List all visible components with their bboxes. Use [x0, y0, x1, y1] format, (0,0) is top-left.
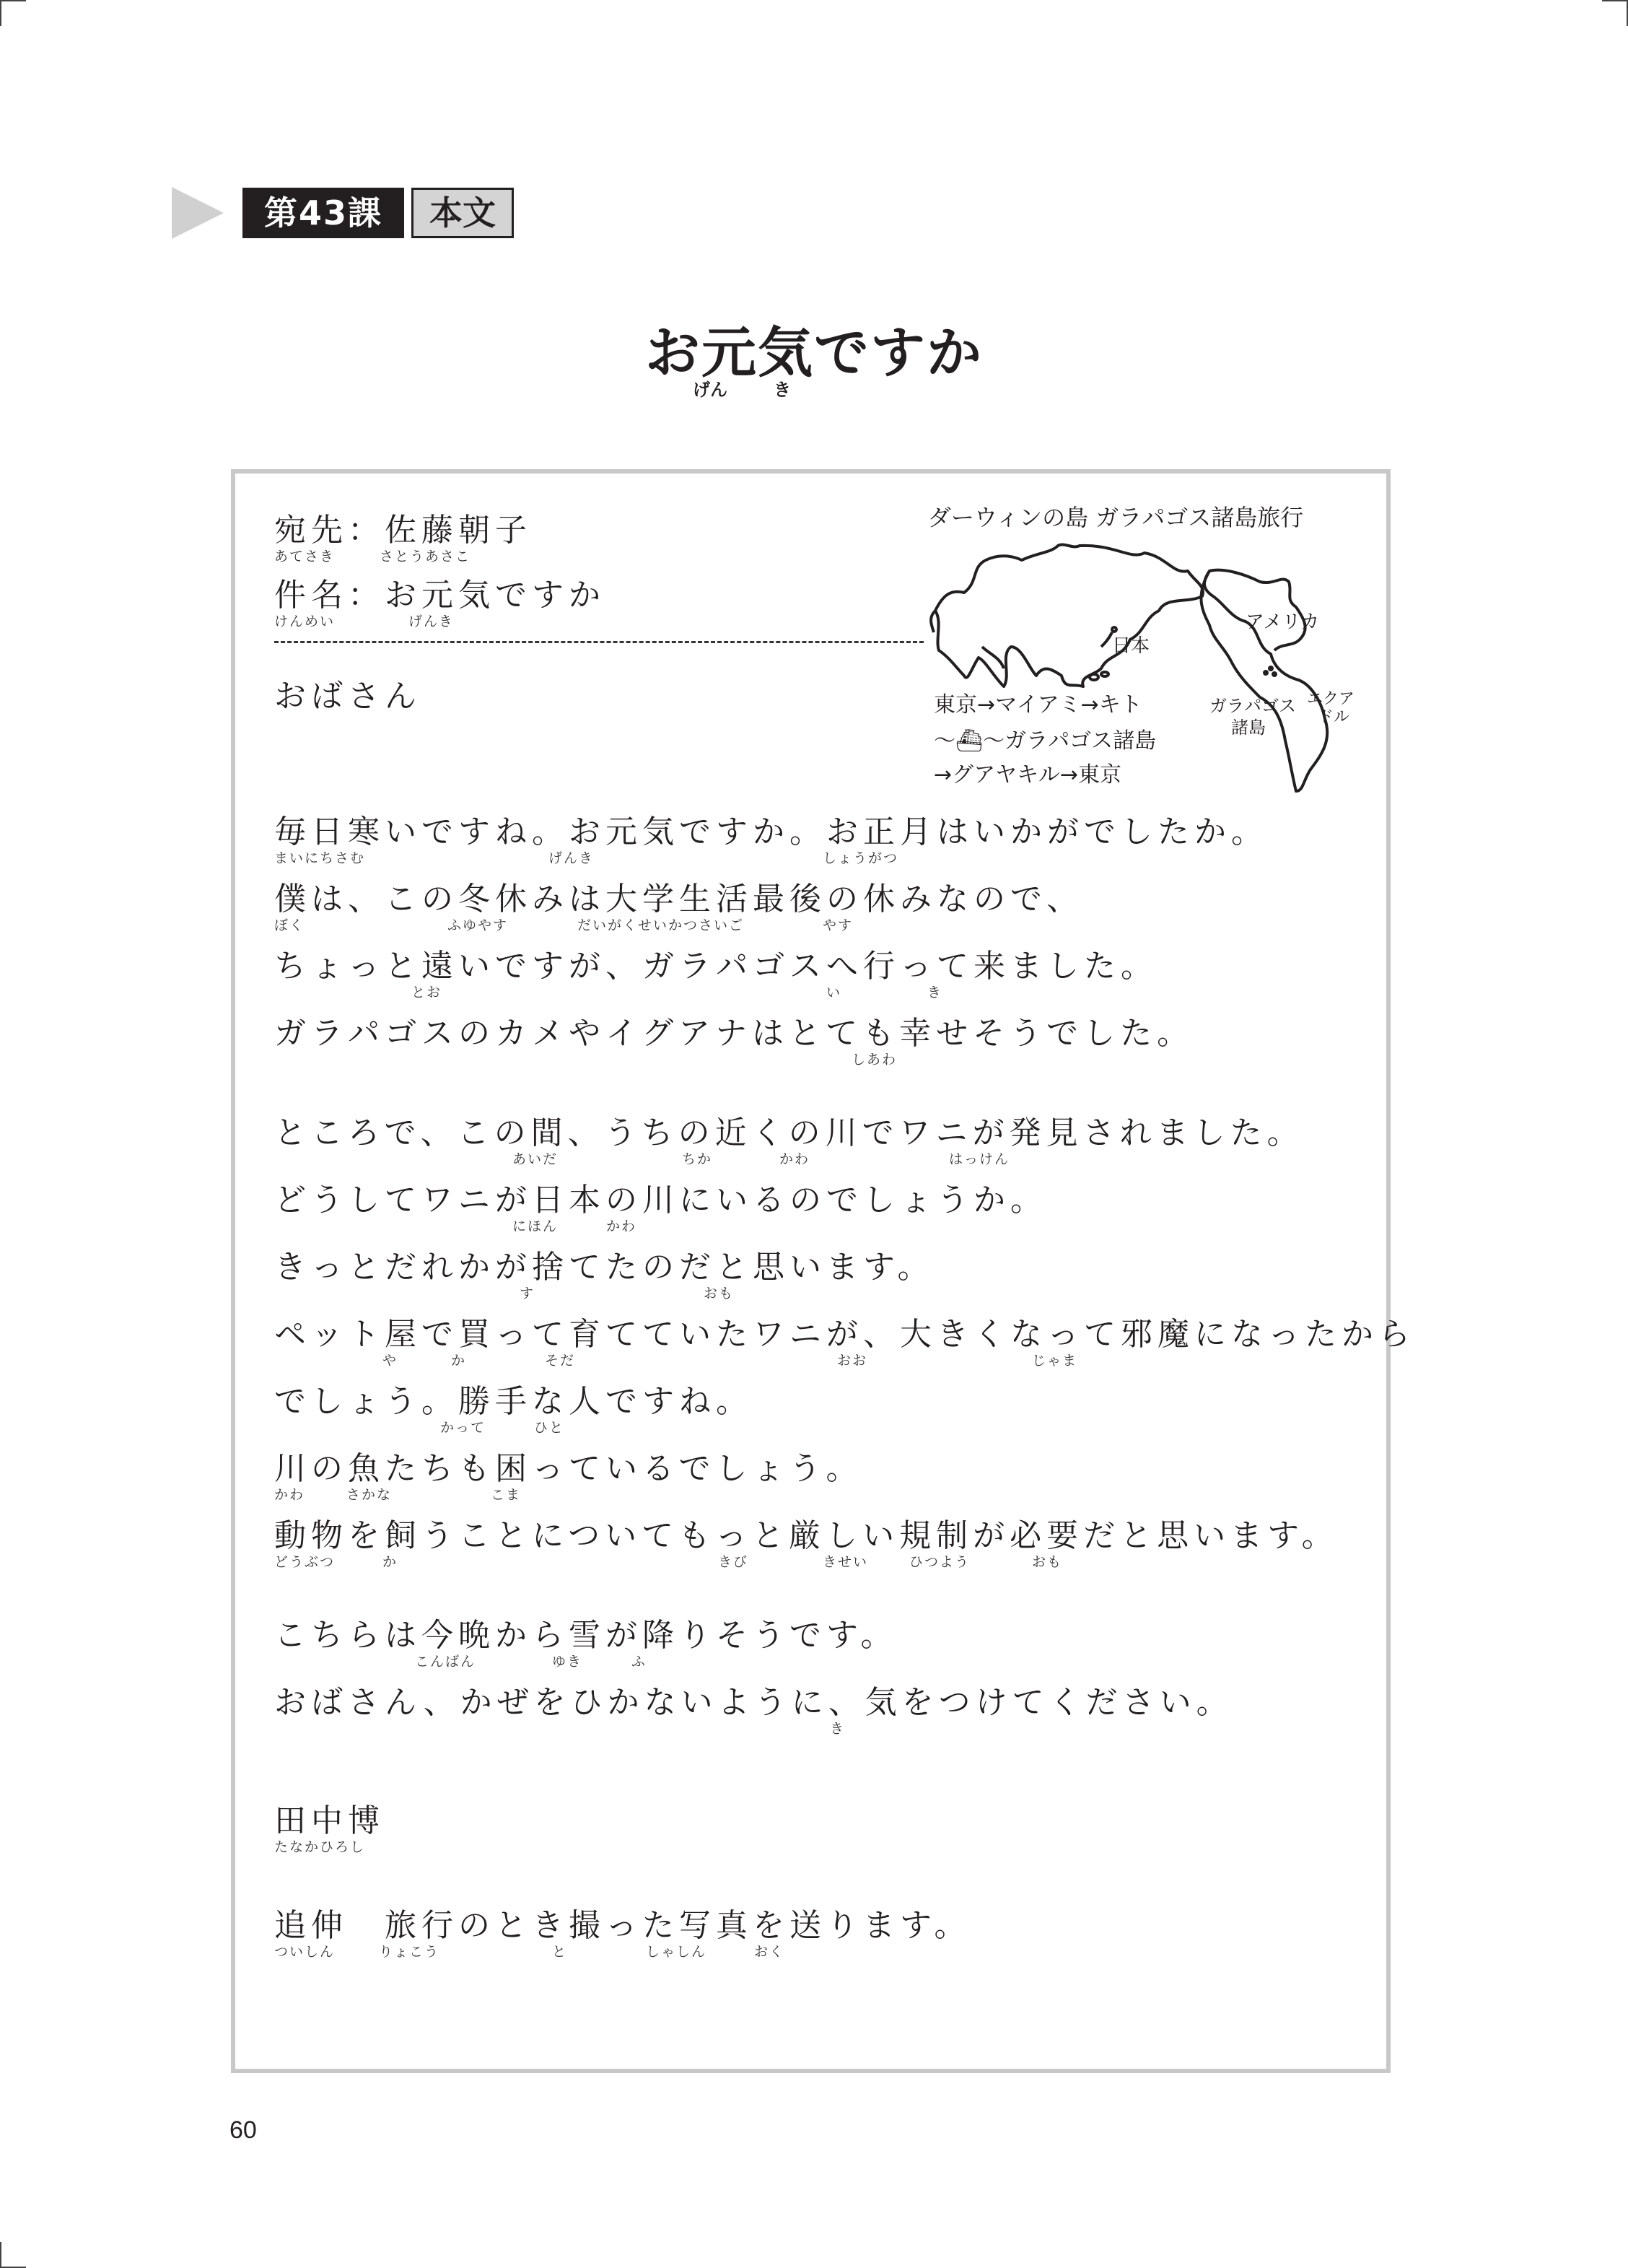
- route-line-3: →グアヤキル→東京: [934, 756, 1121, 788]
- ruby: や: [382, 1350, 398, 1369]
- postscript: 追伸 旅行のとき撮った写真を送ります。: [274, 1899, 971, 1945]
- ruby: そだ: [545, 1350, 575, 1369]
- ruby: かわ: [274, 1484, 305, 1504]
- ruby: さとうあさこ: [380, 546, 471, 565]
- letter-line: きっとだれかが捨てたのだと思います。: [274, 1241, 934, 1287]
- ruby: はっけん: [949, 1148, 1010, 1168]
- ruby: きせい: [823, 1551, 868, 1571]
- ruby: ふ: [631, 1651, 647, 1670]
- map-label-japan: 日本: [1112, 631, 1150, 658]
- ruby: こんばん: [415, 1651, 476, 1670]
- ruby: か: [382, 1551, 398, 1571]
- ruby: き: [927, 982, 942, 1001]
- letter-line: おばさん、かぜをひかないように、気をつけてください。: [274, 1676, 1233, 1722]
- route-line-1: 東京→マイアミ→キト: [934, 686, 1142, 718]
- ruby: おも: [1032, 1551, 1062, 1571]
- ruby: かわ: [606, 1216, 636, 1235]
- ruby: か: [451, 1350, 466, 1369]
- ruby: だいがくせいかつさいご: [577, 915, 744, 934]
- letter-line: ところで、この間、うちの近くの川でワニが発見されました。: [274, 1107, 1304, 1153]
- letter-line: ちょっと遠いですが、ガラパゴスへ行って来ました。: [274, 940, 1157, 986]
- ruby: す: [520, 1283, 535, 1302]
- letter-line: でしょう。勝手な人ですね。: [274, 1375, 753, 1421]
- letter-line: ペット屋で買って育てていたワニが、大きくなって邪魔になったから: [274, 1308, 1415, 1354]
- route-line-2: 〜⛴〜ガラパゴス諸島: [934, 723, 1156, 754]
- ruby: やす: [823, 915, 853, 934]
- ruby: ゆき: [552, 1651, 582, 1670]
- ruby: き: [830, 1718, 845, 1737]
- letter-line: ガラパゴスのカメやイグアナはとても幸せそうでした。: [274, 1007, 1194, 1053]
- ruby: どうぶつ: [274, 1551, 335, 1571]
- ruby: こま: [491, 1484, 521, 1504]
- greeting: おばさん: [274, 670, 421, 716]
- ruby: さかな: [346, 1484, 392, 1504]
- header-divider: [274, 641, 924, 643]
- page-title-wrap: お元気ですか げん き: [0, 309, 1628, 388]
- crop-mark-tl-v: [0, 0, 1, 26]
- letter-line: 毎日寒いですね。お元気ですか。お正月はいかがでしたか。: [274, 806, 1268, 852]
- play-arrow-icon: [172, 187, 224, 239]
- ruby: ちか: [682, 1148, 712, 1168]
- ruby: おお: [837, 1350, 867, 1369]
- ruby: ふゆやす: [447, 915, 508, 934]
- ruby: かわ: [779, 1148, 810, 1168]
- ruby: りょこう: [379, 1941, 439, 1960]
- map-label-galapagos-2: 諸島: [1231, 713, 1266, 738]
- ruby: げん: [693, 375, 727, 401]
- travel-map-illustration: ダーウィンの島 ガラパゴス諸島旅行 日本 アメリカ エクア ドル ガラパゴス 諸…: [928, 502, 1375, 806]
- map-title: ダーウィンの島 ガラパゴス諸島旅行: [928, 500, 1303, 533]
- ruby: おく: [754, 1941, 784, 1960]
- lesson-number-badge: 第43課: [242, 188, 404, 238]
- ruby: ついしん: [274, 1941, 335, 1960]
- crop-mark-tl-h: [0, 0, 26, 1]
- ruby: と: [552, 1941, 567, 1960]
- ruby: ひと: [534, 1417, 564, 1436]
- ruby: きび: [718, 1551, 748, 1571]
- letter-line: 川の魚たちも困っているでしょう。: [274, 1442, 863, 1488]
- map-label-ecuador-2: ドル: [1318, 705, 1349, 727]
- subject-line: 件名：お元気ですか: [274, 569, 605, 615]
- ruby: たなかひろし: [274, 1836, 365, 1856]
- ruby: にほん: [512, 1216, 558, 1235]
- ruby: き: [774, 375, 791, 401]
- lesson-header: 第43課 本文: [172, 186, 514, 240]
- ruby: まいにちさむ: [274, 847, 365, 867]
- ruby: かって: [440, 1417, 486, 1436]
- map-label-america: アメリカ: [1246, 607, 1319, 634]
- ruby: おも: [704, 1283, 734, 1302]
- ruby: しあわ: [852, 1049, 897, 1068]
- ruby: とお: [411, 982, 442, 1001]
- ruby: ぼく: [274, 915, 305, 934]
- crop-mark-bl-v: [0, 2242, 1, 2268]
- letter-line: 僕は、この冬休みは大学生活最後の休みなので、: [274, 873, 1083, 919]
- ruby: じゃま: [1032, 1350, 1077, 1369]
- email-box: 宛先：佐藤朝子 あてさき さとうあさこ 件名：お元気ですか けんめい げんき お…: [231, 469, 1391, 2073]
- section-badge: 本文: [411, 188, 514, 238]
- ruby: しゃしん: [646, 1941, 706, 1960]
- ruby: げんき: [408, 611, 454, 630]
- letter-line: どうしてワニが日本の川にいるのでしょうか。: [274, 1174, 1047, 1220]
- letter-line: こちらは今晩から雪が降りそうです。: [274, 1609, 897, 1655]
- ruby: しょうがつ: [823, 847, 898, 867]
- ruby: あいだ: [512, 1148, 558, 1168]
- letter-line: 動物を飼うことについてもっと厳しい規制が必要だと思います。: [274, 1509, 1339, 1556]
- ruby: ひつよう: [909, 1551, 970, 1571]
- page-number: 60: [229, 2116, 257, 2145]
- ruby: い: [826, 982, 841, 1001]
- ruby: げんき: [548, 847, 594, 867]
- crop-mark-tr-h: [1602, 0, 1628, 1]
- ruby: あてさき: [274, 546, 335, 565]
- to-line: 宛先：佐藤朝子: [274, 504, 532, 550]
- signature: 田中博: [274, 1794, 385, 1841]
- ruby: けんめい: [274, 611, 335, 630]
